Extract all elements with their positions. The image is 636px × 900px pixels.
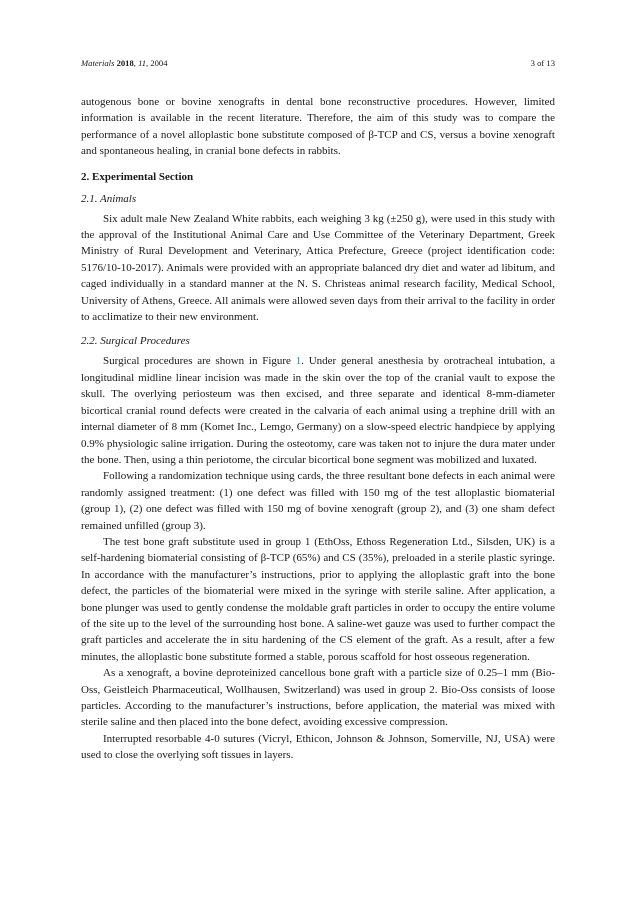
surgical-paragraph-3: The test bone graft substitute used in g… (81, 534, 555, 665)
body-text: autogenous bone or bovine xenografts in … (81, 94, 555, 764)
surgical-paragraph-2: Following a randomization technique usin… (81, 468, 555, 534)
surgical-p1-text-a: Surgical procedures are shown in Figure (103, 355, 296, 367)
page-indicator: 3 of 13 (531, 58, 555, 68)
section-heading-experimental: 2. Experimental Section (81, 169, 555, 185)
surgical-p1-text-b: . Under general anesthesia by orotrachea… (81, 355, 555, 465)
journal-year: 2018 (117, 58, 134, 68)
surgical-paragraph-4: As a xenograft, a bovine deproteinized c… (81, 665, 555, 731)
surgical-paragraph-1: Surgical procedures are shown in Figure … (81, 353, 555, 468)
journal-volume: 11 (138, 58, 146, 68)
journal-name: Materials (81, 58, 114, 68)
animals-paragraph: Six adult male New Zealand White rabbits… (81, 211, 555, 326)
surgical-paragraph-5: Interrupted resorbable 4-0 sutures (Vicr… (81, 731, 555, 764)
subsection-heading-animals: 2.1. Animals (81, 191, 555, 207)
running-header: Materials 2018, 11, 2004 3 of 13 (81, 58, 555, 72)
subsection-heading-surgical-procedures: 2.2. Surgical Procedures (81, 333, 555, 349)
journal-citation: Materials 2018, 11, 2004 (81, 58, 168, 68)
intro-continuation-paragraph: autogenous bone or bovine xenografts in … (81, 94, 555, 160)
article-number: 2004 (150, 58, 167, 68)
